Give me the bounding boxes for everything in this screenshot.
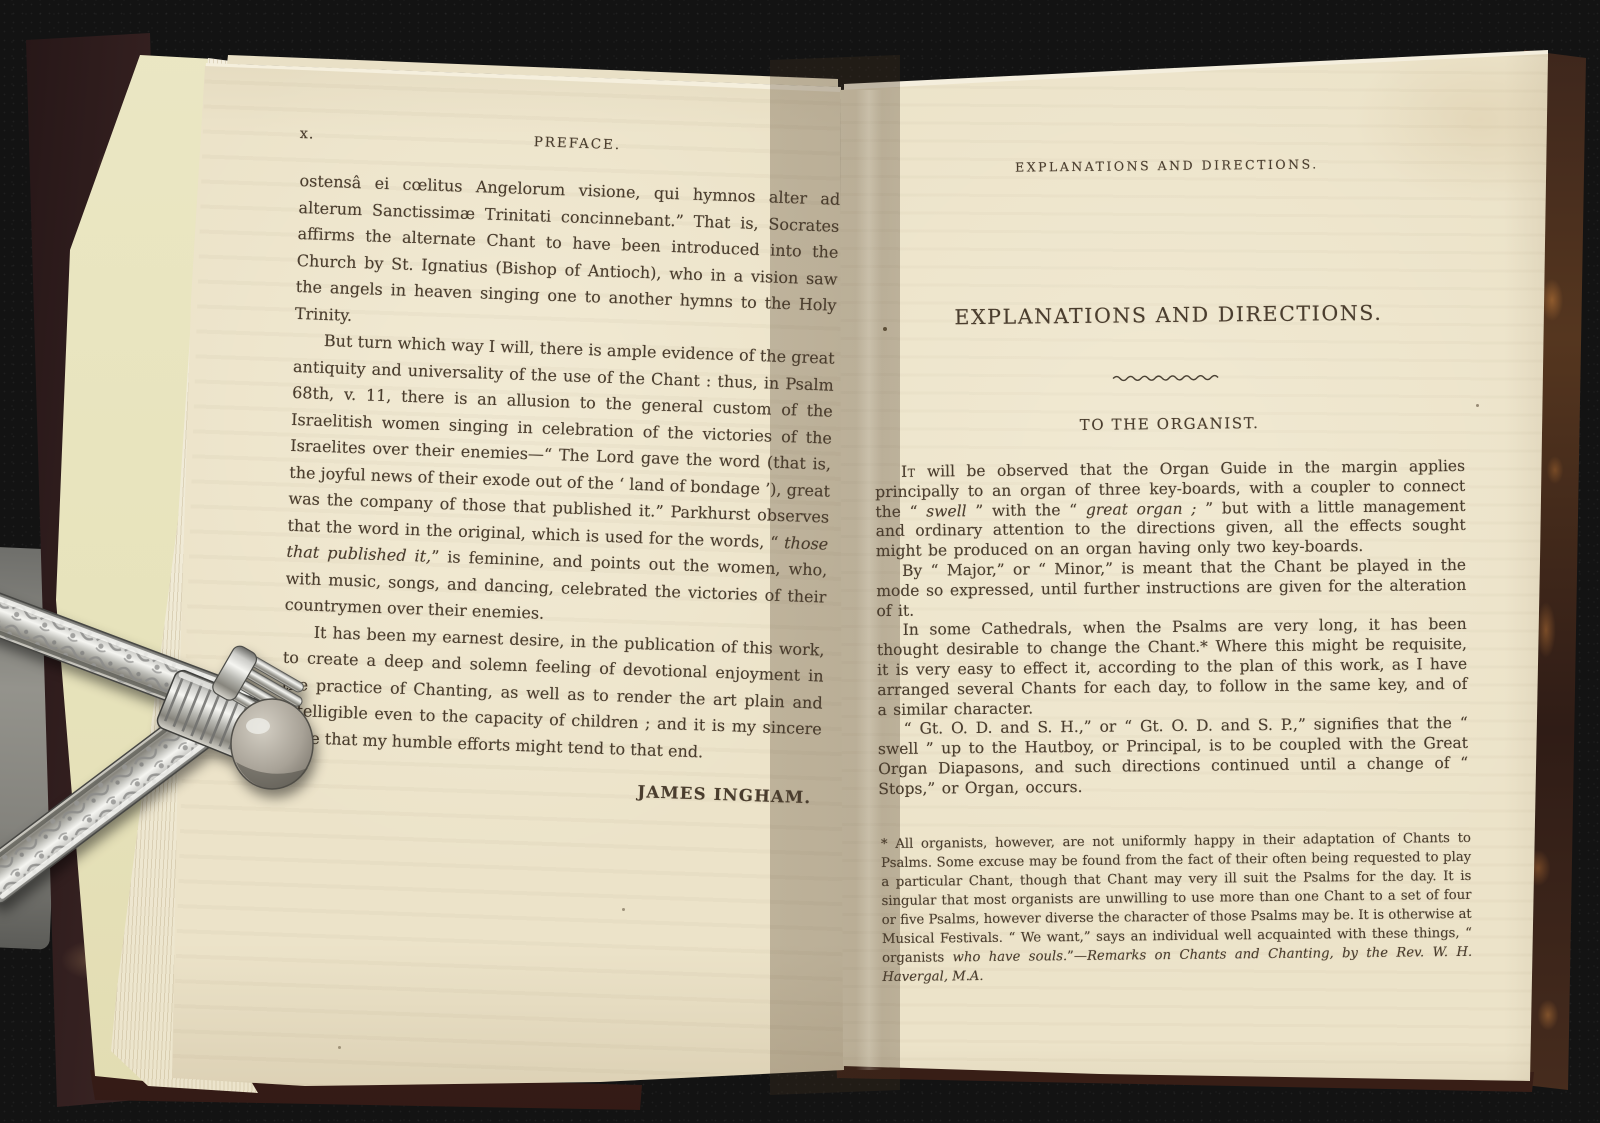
right-page-text-area: EXPLANATIONS AND DIRECTIONS. EXPLANATION… [870, 0, 1472, 1123]
text-segment: In some Cathedrals, when the Psalms are … [877, 615, 1468, 718]
paragraph: ostensâ ei cœlitus Angelorum visione, qu… [294, 168, 840, 346]
chapter-title: EXPLANATIONS AND DIRECTIONS. [873, 300, 1463, 330]
foxing-speck [883, 327, 887, 331]
wavy-rule-glyph [1110, 370, 1228, 383]
preface-text-block: ostensâ ei cœlitus Angelorum visione, qu… [278, 168, 841, 812]
preface-paragraphs: ostensâ ei cœlitus Angelorum visione, qu… [280, 168, 841, 770]
text-segment: ” with the “ [966, 500, 1086, 519]
foxing-speck [338, 1046, 341, 1049]
running-head-explanations: EXPLANATIONS AND DIRECTIONS. [872, 155, 1462, 176]
text-segment: swell [926, 502, 966, 520]
text-segment: who have souls. [953, 949, 1068, 965]
paragraph: In some Cathedrals, when the Psalms are … [877, 615, 1468, 720]
book-photograph: x. PREFACE. ostensâ ei cœlitus Angelorum… [0, 0, 1600, 1123]
text-segment: “ Gt. O. D. and S. H.,” or “ Gt. O. D. a… [878, 714, 1468, 798]
text-segment: But turn which way I will, there is ampl… [287, 331, 835, 552]
clip-disc-highlight [246, 718, 270, 734]
wavy-rule [874, 365, 1464, 390]
paragraph: But turn which way I will, there is ampl… [284, 327, 835, 637]
organist-paragraphs: It will be observed that the Organ Guide… [875, 457, 1468, 800]
paragraph: It has been my earnest desire, in the pu… [280, 618, 825, 769]
paragraph: “ Gt. O. D. and S. H.,” or “ Gt. O. D. a… [878, 714, 1469, 799]
text-segment: It [901, 463, 916, 481]
section-heading: TO THE ORGANIST. [874, 412, 1464, 436]
text-segment: It has been my earnest desire, in the pu… [280, 622, 825, 761]
footnote: * All organists, however, are not unifor… [881, 829, 1473, 987]
silver-page-clip [0, 556, 330, 928]
page-number: x. [299, 126, 314, 143]
text-segment: By “ Major,” or “ Minor,” is meant that … [876, 556, 1466, 620]
foxing-speck [622, 908, 625, 911]
text-segment: great organ ; [1086, 499, 1197, 518]
paragraph: It will be observed that the Organ Guide… [875, 457, 1466, 562]
paragraph: By “ Major,” or “ Minor,” is meant that … [876, 556, 1467, 622]
text-segment: ostensâ ei cœlitus Angelorum visione, qu… [295, 171, 841, 324]
text-segment: ”— [1067, 949, 1087, 964]
organist-text-block: It will be observed that the Organ Guide… [875, 457, 1468, 800]
foxing-speck [1476, 404, 1479, 407]
